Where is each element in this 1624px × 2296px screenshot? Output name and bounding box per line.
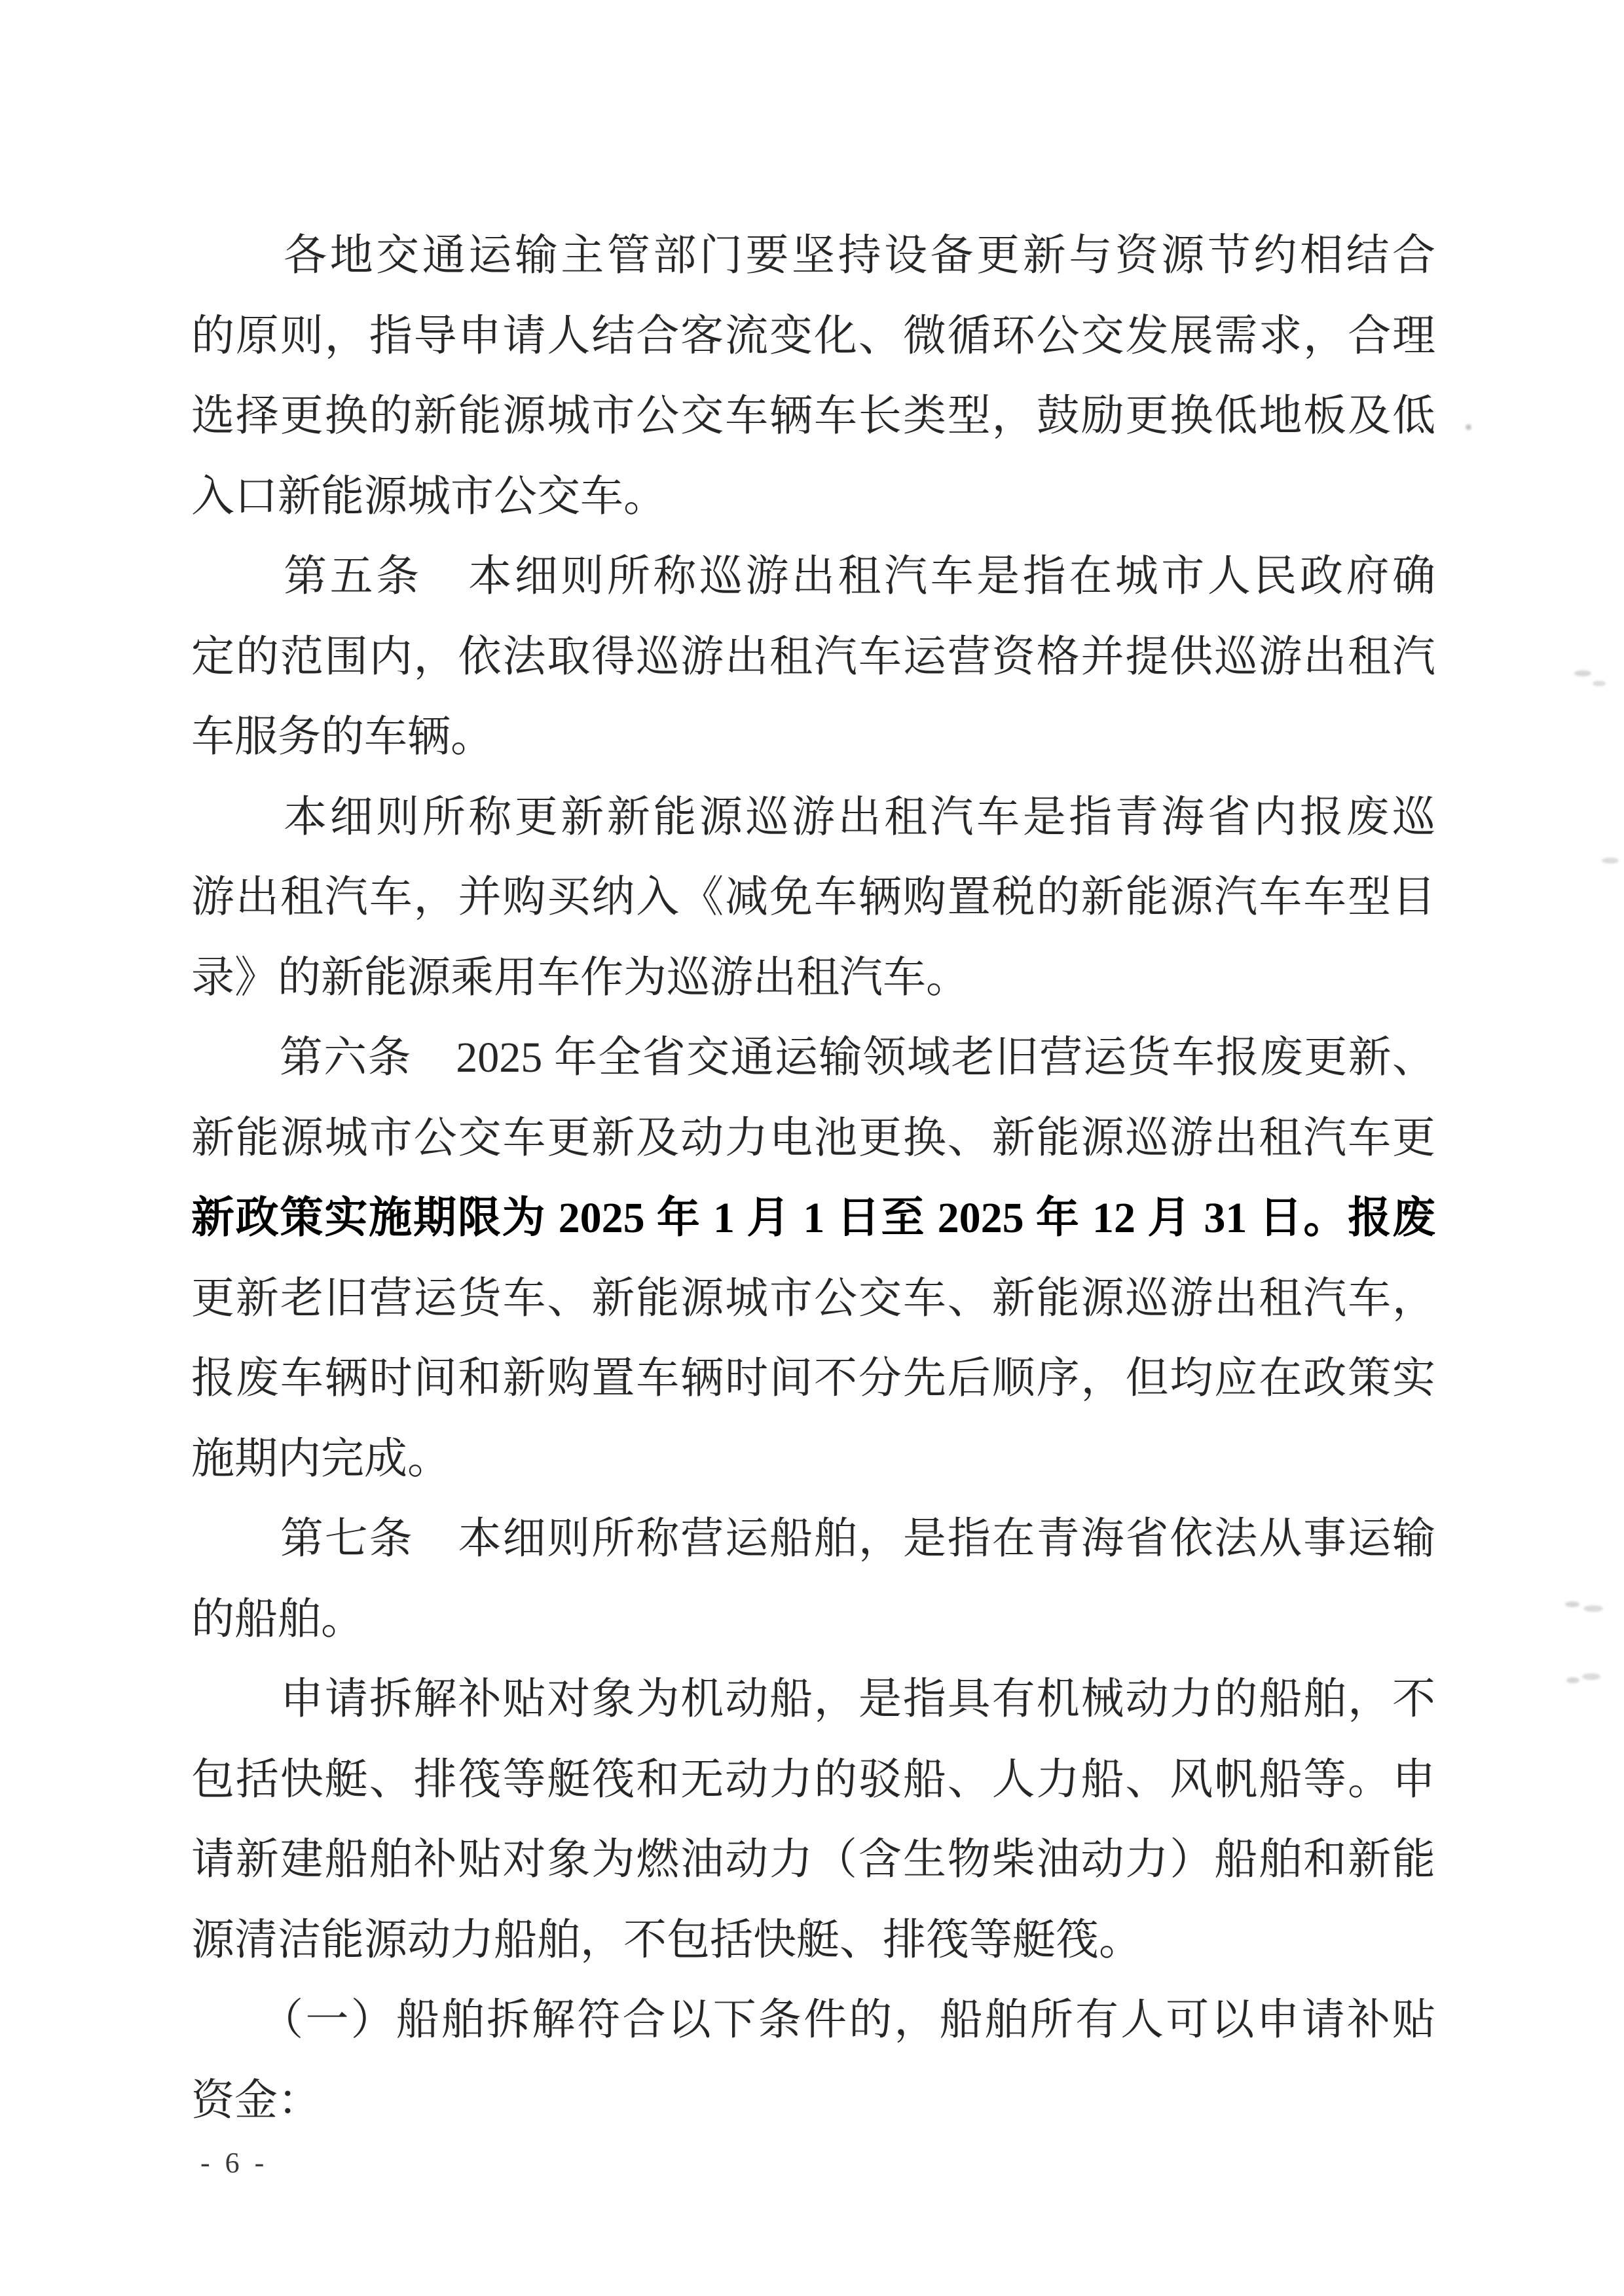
text-line: 车服务的车辆。 [191, 697, 1435, 778]
text-line: 第六条 2025 年全省交通运输领域老旧营运货车报废更新、 [191, 1018, 1435, 1099]
text-line: 本细则所称更新新能源巡游出租汽车是指青海省内报废巡 [191, 778, 1435, 858]
text-line: 申请拆解补贴对象为机动船，是指具有机械动力的船舶，不 [191, 1660, 1435, 1740]
text-line: 入口新能源城市公交车。 [191, 457, 1435, 538]
scan-speck [1602, 858, 1619, 864]
scan-speck [1566, 1677, 1579, 1683]
page-number: - 6 - [200, 2146, 268, 2179]
text-line: 各地交通运输主管部门要坚持设备更新与资源节约相结合 [191, 216, 1435, 297]
text-line: 施期内完成。 [191, 1419, 1435, 1500]
text-line: 源清洁能源动力船舶，不包括快艇、排筏等艇筏。 [191, 1901, 1435, 1981]
text-line: 第七条 本细则所称营运船舶，是指在青海省依法从事运输 [191, 1499, 1435, 1580]
text-line: 报废车辆时间和新购置车辆时间不分先后顺序，但均应在政策实 [191, 1339, 1435, 1419]
text-line: 第五条 本细则所称巡游出租汽车是指在城市人民政府确 [191, 537, 1435, 617]
text-line: 新政策实施期限为 2025 年 1 月 1 日至 2025 年 12 月 31 … [191, 1178, 1435, 1259]
scan-speck [1466, 424, 1471, 430]
document-text: 各地交通运输主管部门要坚持设备更新与资源节约相结合的原则，指导申请人结合客流变化… [191, 216, 1435, 2141]
scan-speck [1582, 1673, 1600, 1680]
text-line: 新能源城市公交车更新及动力电池更换、新能源巡游出租汽车更 [191, 1099, 1435, 1179]
text-line: 选择更换的新能源城市公交车辆车长类型，鼓励更换低地板及低 [191, 376, 1435, 457]
text-line: 的原则，指导申请人结合客流变化、微循环公交发展需求，合理 [191, 297, 1435, 377]
scan-speck [1583, 1605, 1603, 1612]
text-line: （一）船舶拆解符合以下条件的，船舶所有人可以申请补贴 [191, 1980, 1435, 2061]
text-line: 资金： [191, 2061, 1435, 2141]
document-page: 各地交通运输主管部门要坚持设备更新与资源节约相结合的原则，指导申请人结合客流变化… [0, 0, 1624, 2296]
text-line: 定的范围内，依法取得巡游出租汽车运营资格并提供巡游出租汽 [191, 617, 1435, 698]
text-line: 请新建船舶补贴对象为燃油动力（含生物柴油动力）船舶和新能 [191, 1820, 1435, 1901]
text-line: 录》的新能源乘用车作为巡游出租汽车。 [191, 938, 1435, 1019]
scan-speck [1593, 681, 1606, 686]
text-line: 更新老旧营运货车、新能源城市公交车、新能源巡游出租汽车， [191, 1259, 1435, 1339]
scan-speck [1574, 670, 1591, 676]
text-line: 包括快艇、排筏等艇筏和无动力的驳船、人力船、风帆船等。申 [191, 1740, 1435, 1821]
scan-speck [1565, 1601, 1579, 1607]
text-line: 的船舶。 [191, 1580, 1435, 1660]
text-line: 游出租汽车，并购买纳入《减免车辆购置税的新能源汽车车型目 [191, 858, 1435, 938]
